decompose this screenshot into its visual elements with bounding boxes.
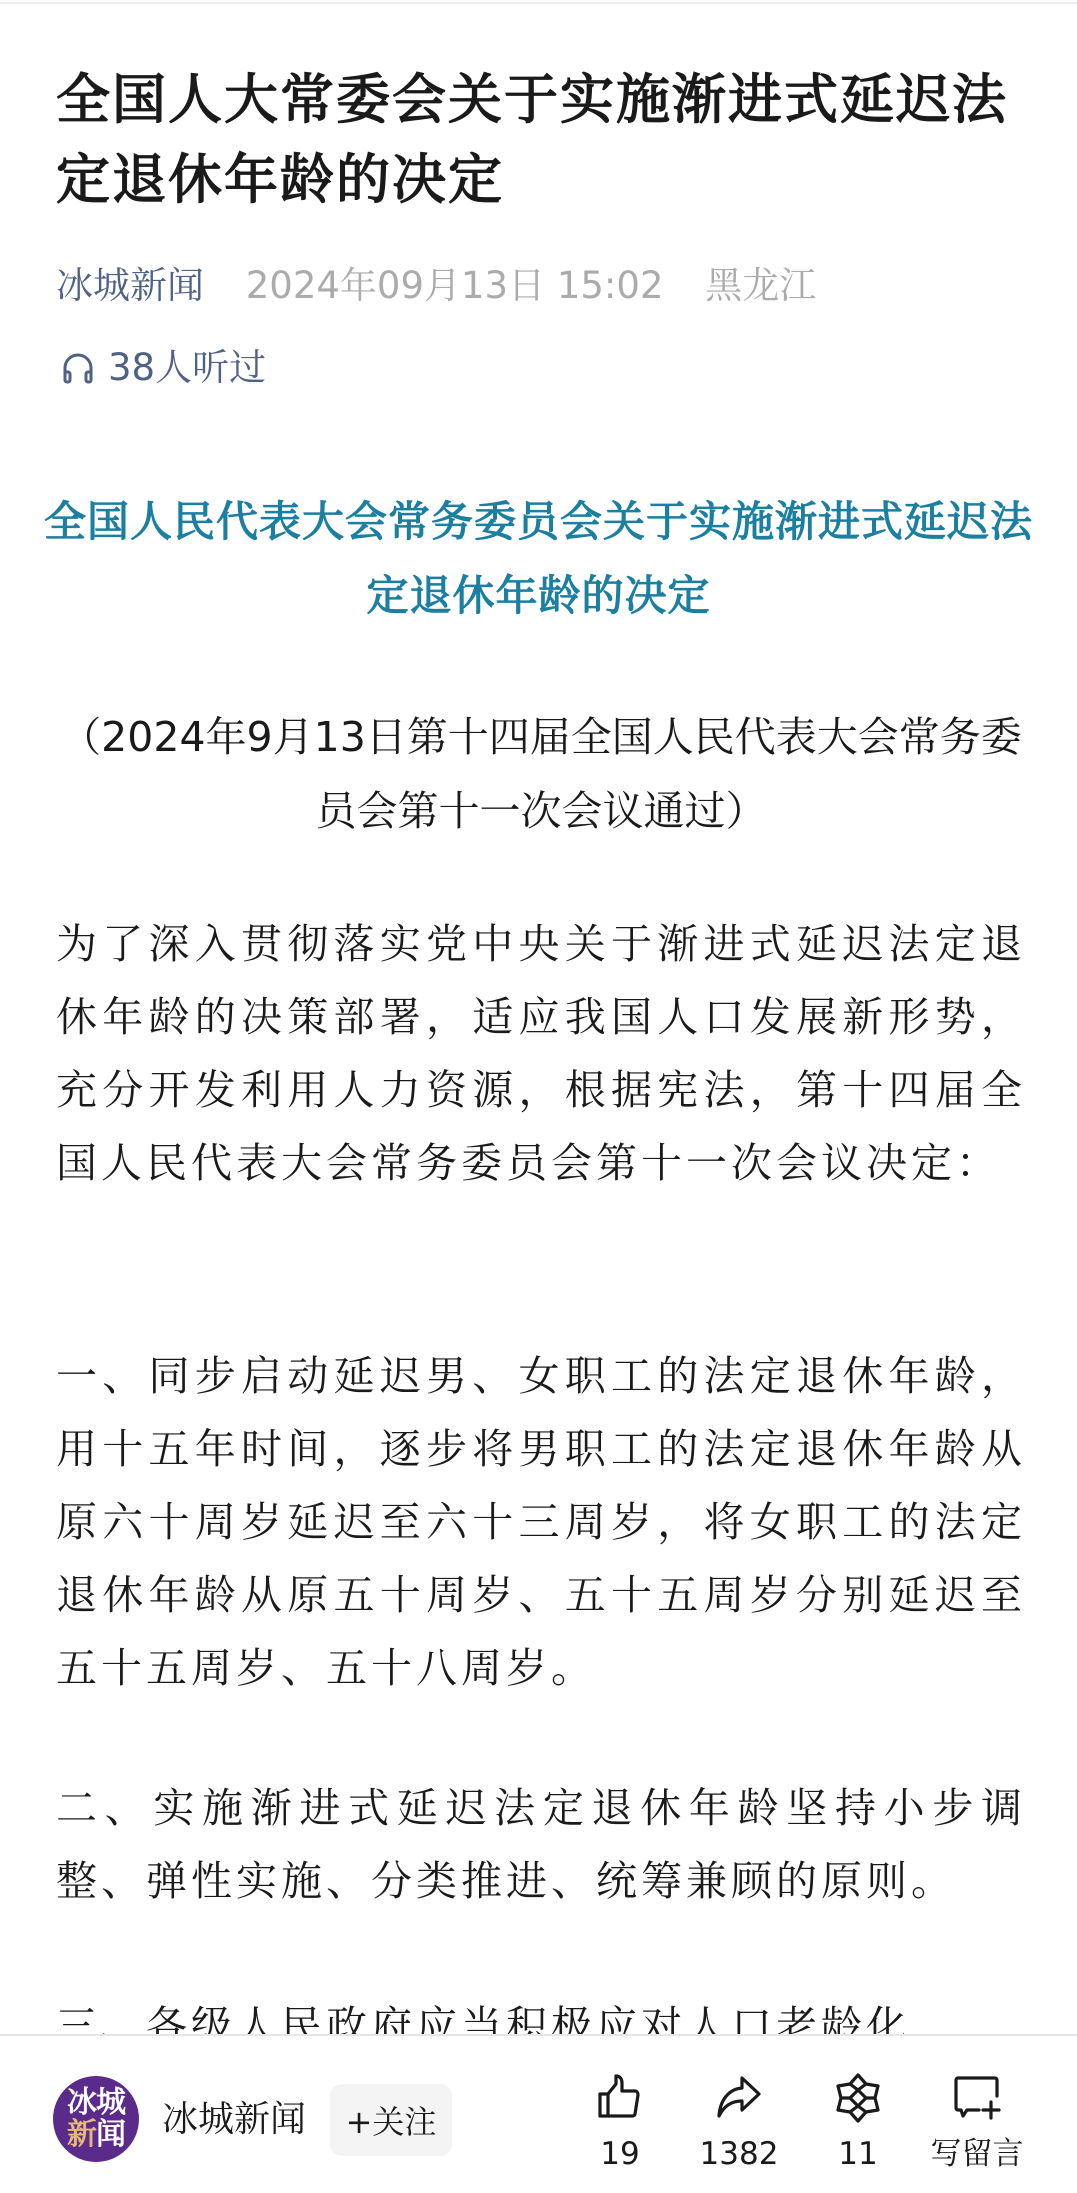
article-screen: 全国人大常委会关于实施渐进式延迟法定退休年龄的决定 冰城新闻 2024年09月1…: [0, 0, 1077, 2193]
region-label: 黑龙江: [705, 264, 816, 307]
wow-star-icon: [830, 2070, 886, 2126]
author-name[interactable]: 冰城新闻: [162, 2092, 306, 2148]
wow-count: 11: [838, 2134, 877, 2174]
avatar-text-line1: 冰城: [67, 2087, 125, 2119]
like-count: 19: [600, 2134, 639, 2174]
share-button[interactable]: 1382: [674, 2066, 804, 2186]
write-comment-button[interactable]: 写留言: [912, 2066, 1042, 2186]
paragraph-preamble: 为了深入贯彻落实党中央关于渐进式延迟法定退休年龄的决策部署，适应我国人口发展新形…: [56, 908, 1026, 1200]
source-link[interactable]: 冰城新闻: [56, 264, 204, 307]
avatar-char: 新: [67, 2117, 96, 2152]
avatar-char: 闻: [96, 2117, 125, 2152]
share-icon: [711, 2070, 767, 2126]
wow-button[interactable]: 11: [793, 2066, 923, 2186]
share-count: 1382: [700, 2134, 779, 2174]
paragraph-article-2: 二、实施渐进式延迟法定退休年龄坚持小步调整、弹性实施、分类推进、统筹兼顾的原则。: [56, 1772, 1026, 1918]
document-heading: 全国人民代表大会常务委员会关于实施渐进式延迟法定退休年龄的决定: [40, 485, 1037, 633]
document-adoption-note: （2024年9月13日第十四届全国人民代表大会常务委员会第十一次会议通过）: [56, 700, 1026, 848]
publish-datetime: 2024年09月13日 15:02: [246, 264, 664, 307]
headphones-icon: [58, 348, 98, 388]
article-meta: 冰城新闻 2024年09月13日 15:02 黑龙江: [56, 258, 816, 314]
author-avatar[interactable]: 冰城 新闻: [53, 2076, 139, 2162]
article-scroll-area[interactable]: 全国人大常委会关于实施渐进式延迟法定退休年龄的决定 冰城新闻 2024年09月1…: [0, 0, 1077, 2034]
avatar-text-line2: 新闻: [67, 2119, 125, 2151]
follow-button[interactable]: +关注: [330, 2084, 452, 2156]
comment-add-icon: [949, 2070, 1005, 2126]
like-button[interactable]: 19: [555, 2066, 685, 2186]
write-comment-label: 写留言: [931, 2134, 1024, 2174]
thumbs-up-icon: [592, 2070, 648, 2126]
listen-button[interactable]: 38人听过: [58, 340, 266, 396]
article-title: 全国人大常委会关于实施渐进式延迟法定退休年龄的决定: [56, 60, 1016, 220]
paragraph-article-3: 三、各级人民政府应当积极应对人口老龄化，: [56, 1990, 1026, 2034]
paragraph-article-1: 一、同步启动延迟男、女职工的法定退休年龄，用十五年时间，逐步将男职工的法定退休年…: [56, 1340, 1026, 1705]
listen-count: 38人听过: [108, 340, 266, 396]
bottom-action-bar: 冰城 新闻 冰城新闻 +关注 19 1382 11: [0, 2034, 1077, 2193]
